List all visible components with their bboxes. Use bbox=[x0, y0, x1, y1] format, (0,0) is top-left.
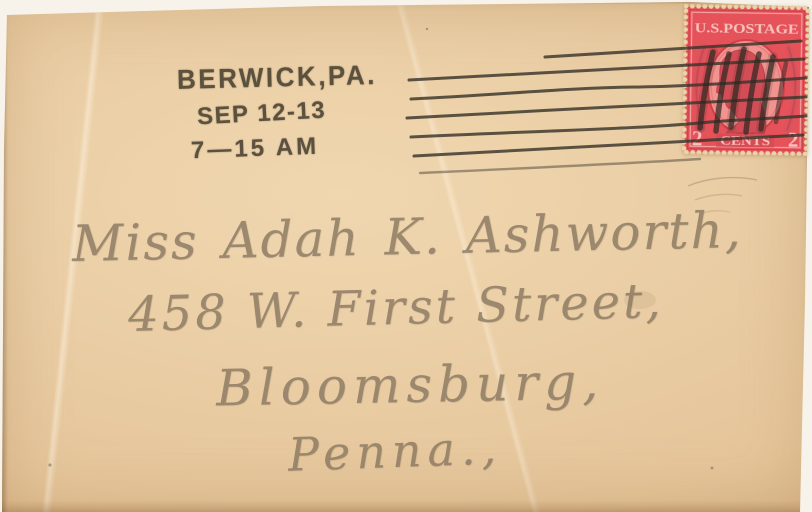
stamp-denomination-word: CENTS bbox=[720, 134, 770, 149]
postage-stamp: U.S.POSTAGE 2 CENTS 2 bbox=[682, 4, 810, 156]
address-line-city: Bloomsburg, bbox=[216, 353, 605, 418]
postmark-city: BERWICK,PA. bbox=[177, 59, 378, 96]
stamp-denomination-right: 2 bbox=[788, 128, 799, 152]
postmark-time: 7—15 AM bbox=[191, 133, 320, 165]
stamp-top-text: U.S.POSTAGE bbox=[695, 21, 799, 37]
stamp-graphic: U.S.POSTAGE 2 CENTS 2 bbox=[682, 4, 810, 156]
stamp-denomination-left: 2 bbox=[692, 126, 703, 150]
address-line-state: Penna., bbox=[287, 420, 503, 481]
